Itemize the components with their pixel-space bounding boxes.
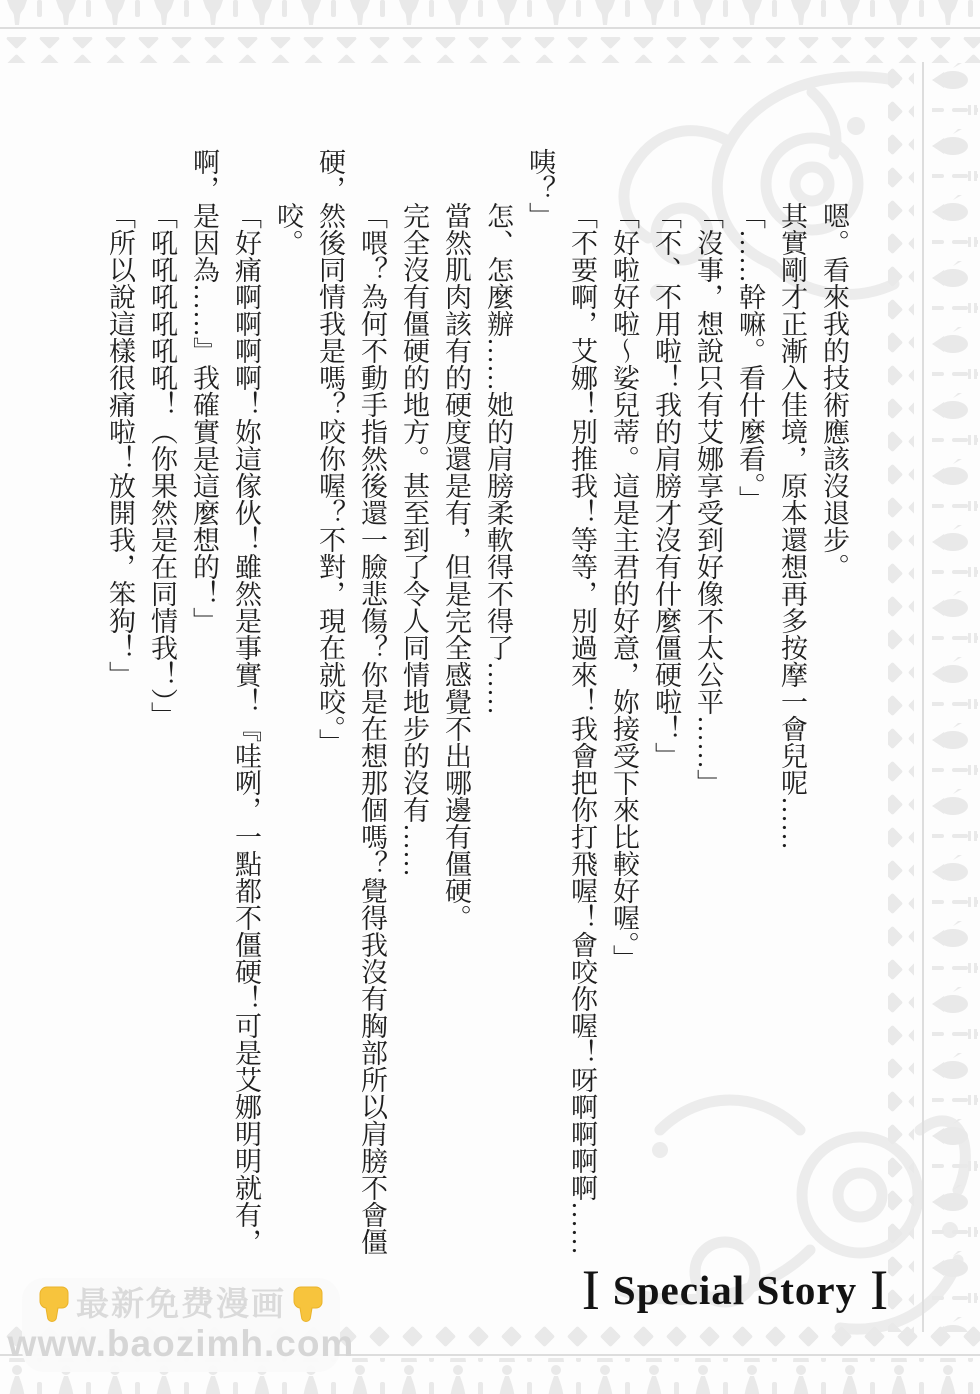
story-paragraph: 「沒事，想說只有艾娜享受到好像不太公平……」: [687, 148, 729, 1258]
watermark-badge: 最新免费漫画 www.baozimh.com: [22, 1278, 340, 1372]
story-paragraph: 當然肌肉該有的硬度還是有，但是完全感覺不出哪邊有僵硬。: [435, 148, 477, 1258]
story-paragraph: 完全沒有僵硬的地方。甚至到了令人同情地步的沒有……: [393, 148, 435, 1258]
story-paragraph: 「好痛啊啊啊啊！妳這傢伙！雖然是事實！『哇咧，一點都不僵硬！可是艾娜明明就有，啊…: [183, 148, 267, 1258]
top-border-ornament: [0, 0, 980, 64]
right-border-ornament: [880, 62, 980, 1332]
story-paragraph: 「不要啊，艾娜！別推我！等等，別過來！我會把你打飛喔！會咬你喔！呀啊啊啊啊……咦…: [519, 148, 603, 1258]
watermark-line1: 最新免费漫画: [38, 1286, 324, 1322]
story-paragraph: 怎、怎麼辦……她的肩膀柔軟得不得了……: [477, 148, 519, 1258]
story-text: 嗯。看來我的技術應該沒退步。其實剛才正漸入佳境，原本還想再多按摩一會兒呢……「……: [95, 148, 855, 1258]
story-paragraph: 「好啦好啦～娑兒蒂。這是主君的好意，妳接受下來比較好喔。」: [603, 148, 645, 1258]
book-page: 嗯。看來我的技術應該沒退步。其實剛才正漸入佳境，原本還想再多按摩一會兒呢……「……: [0, 0, 980, 1394]
story-paragraph: 「吼吼吼吼吼吼！（你果然是在同情我！）」: [141, 148, 183, 1258]
special-story-title: I Special Story I: [585, 1258, 885, 1322]
story-paragraph: 其實剛才正漸入佳境，原本還想再多按摩一會兒呢……: [771, 148, 813, 1258]
story-paragraph: 「……幹嘛。看什麼看。」: [729, 148, 771, 1258]
story-paragraph: 「不、不用啦！我的肩膀才沒有什麼僵硬啦！」: [645, 148, 687, 1258]
left-bracket-ornament: I: [582, 1262, 600, 1319]
story-paragraph: 「喂？為何不動手指然後還一臉悲傷？你是在想那個嗎？覺得我沒有胸部所以肩膀不會僵硬…: [309, 148, 393, 1258]
hand-point-down-icon: [38, 1286, 70, 1322]
special-story-label: Special Story: [613, 1266, 857, 1314]
story-paragraph: 咬。: [267, 148, 309, 1258]
watermark-text: 最新免费漫画: [76, 1286, 286, 1322]
right-bracket-ornament: I: [870, 1262, 888, 1319]
hand-point-down-icon: [292, 1286, 324, 1322]
story-paragraph: 「所以說這樣很痛啦！放開我，笨狗！」: [99, 148, 141, 1258]
watermark-url: www.baozimh.com: [8, 1324, 355, 1365]
story-paragraph: 嗯。看來我的技術應該沒退步。: [813, 148, 855, 1258]
